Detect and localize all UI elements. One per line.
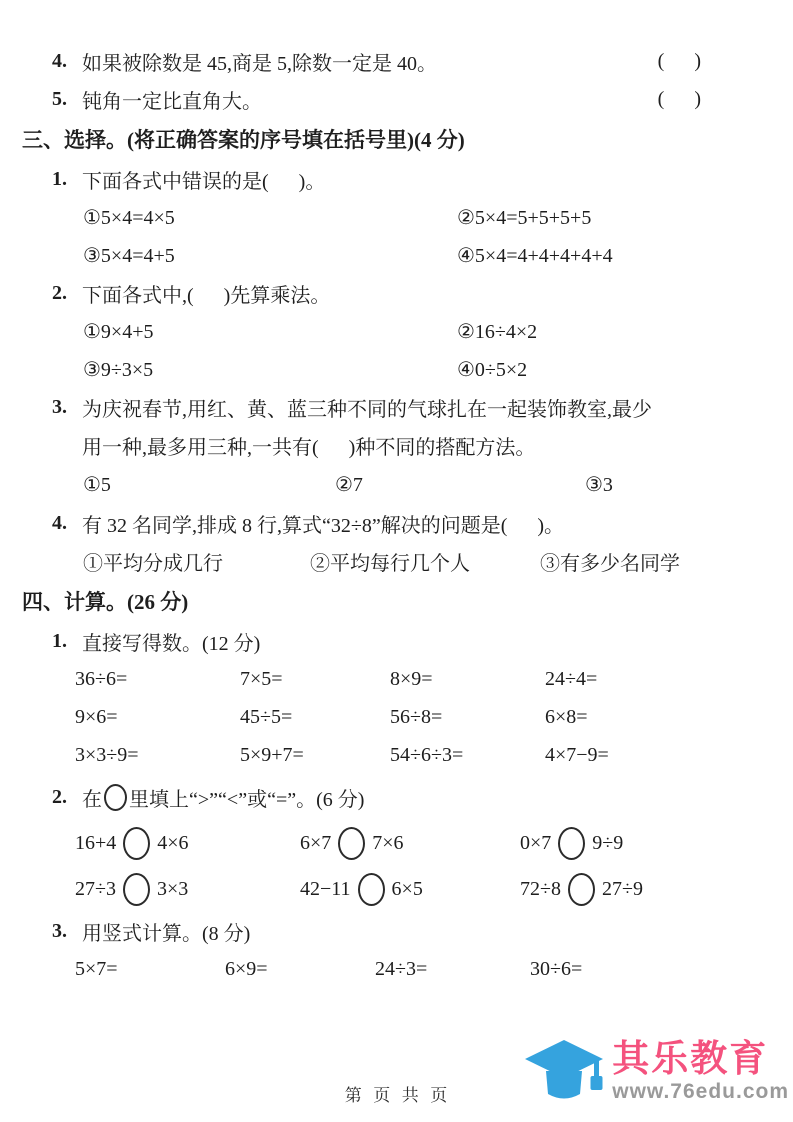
blank-circle-icon	[104, 784, 127, 811]
answer-bracket: ( )	[658, 88, 701, 111]
judge-text: 如果被除数是 45,商是 5,除数一定是 40。	[82, 47, 437, 76]
question-text: 用竖式计算。(8 分)	[82, 917, 250, 946]
options-grid: ①5 ②7 ③3	[83, 464, 793, 504]
question-text: 下面各式中,( )先算乘法。	[82, 279, 330, 308]
question-number: 4.	[52, 512, 82, 535]
calc-expression: 54÷6÷3=	[390, 744, 545, 767]
calc-expression: 36÷6=	[75, 668, 240, 691]
question-number: 4.	[52, 50, 82, 73]
question-row: 4. 有 32 名同学,排成 8 行,算式“32÷8”解决的问题是( )。	[52, 504, 793, 542]
option-item: ④5×4=4+4+4+4+4	[457, 243, 793, 268]
question-number: 3.	[52, 396, 82, 419]
question-text: 直接写得数。(12 分)	[82, 627, 260, 656]
blank-circle-icon	[123, 827, 150, 860]
compare-item: 16+44×6	[75, 827, 300, 860]
question-text-line1: 为庆祝春节,用红、黄、蓝三种不同的气球扎在一起装饰教室,最少	[82, 393, 652, 422]
compare-left: 27÷3	[75, 878, 116, 901]
blank-circle-icon	[568, 873, 595, 906]
calc-expression: 45÷5=	[240, 706, 390, 729]
option-item: ①5×4=4×5	[83, 205, 457, 230]
question-number: 3.	[52, 920, 82, 943]
blank-circle-icon	[358, 873, 385, 906]
calc-expression: 9×6=	[75, 706, 240, 729]
judge-item: 4. 如果被除数是 45,商是 5,除数一定是 40。 ( )	[52, 42, 701, 80]
graduation-cap-icon	[520, 1033, 608, 1110]
option-item: ③3	[585, 472, 793, 497]
option-item: ③9÷3×5	[83, 357, 457, 382]
brand-website: www.76edu.com	[612, 1080, 789, 1104]
option-item: ②5×4=5+5+5+5	[457, 205, 793, 230]
question-number: 2.	[52, 282, 82, 305]
section-heading-choice: 三、选择。(将正确答案的序号填在括号里)(4 分)	[22, 118, 793, 160]
compare-right: 6×5	[392, 878, 423, 901]
option-item: ②16÷4×2	[457, 319, 793, 344]
calc-expression: 24÷3=	[375, 958, 530, 981]
compare-grid: 16+44×6 6×77×6 0×79÷9 27÷33×3 42−116×5 7…	[75, 820, 793, 912]
compare-right: 4×6	[157, 832, 188, 855]
calc-expression: 30÷6=	[530, 958, 793, 981]
compare-right: 7×6	[372, 832, 403, 855]
compare-item: 42−116×5	[300, 873, 520, 906]
compare-left: 6×7	[300, 832, 331, 855]
brand-text-block: 其乐教育 www.76edu.com	[612, 1040, 789, 1104]
compare-left: 16+4	[75, 832, 116, 855]
worksheet-content: 4. 如果被除数是 45,商是 5,除数一定是 40。 ( ) 5. 钝角一定比…	[0, 0, 793, 988]
option-item: ④0÷5×2	[457, 357, 793, 382]
question-text-post: 里填上“>”“<”或“=”。(6 分)	[129, 783, 364, 812]
calc-expression: 8×9=	[390, 668, 545, 691]
question-row: 3. 为庆祝春节,用红、黄、蓝三种不同的气球扎在一起装饰教室,最少	[52, 388, 793, 426]
question-number: 1.	[52, 630, 82, 653]
question-text: 有 32 名同学,排成 8 行,算式“32÷8”解决的问题是( )。	[82, 509, 564, 538]
option-item: ①9×4+5	[83, 319, 457, 344]
question-row: 2. 下面各式中,( )先算乘法。	[52, 274, 793, 312]
option-item: ①平均分成几行	[83, 547, 310, 576]
calc-expression: 5×7=	[75, 958, 225, 981]
options-grid: ①9×4+5 ②16÷4×2 ③9÷3×5 ④0÷5×2	[83, 312, 793, 388]
question-row: 1. 下面各式中错误的是( )。	[52, 160, 793, 198]
compare-right: 9÷9	[592, 832, 623, 855]
brand-name: 其乐教育	[612, 1040, 789, 1077]
question-text: 用一种,最多用三种,一共有( )种不同的搭配方法。	[82, 431, 535, 460]
compare-item: 72÷827÷9	[520, 873, 793, 906]
question-number: 1.	[52, 168, 82, 191]
brand-logo: 其乐教育 www.76edu.com	[520, 1033, 789, 1110]
calc-expression: 24÷4=	[545, 668, 793, 691]
question-number: 2.	[52, 786, 82, 809]
options-grid: ①5×4=4×5 ②5×4=5+5+5+5 ③5×4=4+5 ④5×4=4+4+…	[83, 198, 793, 274]
options-grid: ①平均分成几行 ②平均每行几个人 ③有多少名同学	[83, 542, 793, 580]
judge-item: 5. 钝角一定比直角大。 ( )	[52, 80, 701, 118]
compare-item: 27÷33×3	[75, 873, 300, 906]
answer-bracket: ( )	[658, 50, 701, 73]
calc-expression: 4×7−9=	[545, 744, 793, 767]
compare-item: 0×79÷9	[520, 827, 793, 860]
question-row: 2. 在里填上“>”“<”或“=”。(6 分)	[52, 774, 793, 820]
compare-right: 27÷9	[602, 878, 643, 901]
calc-expression: 56÷8=	[390, 706, 545, 729]
vertical-calc-grid: 5×7= 6×9= 24÷3= 30÷6=	[75, 950, 793, 988]
judge-text: 钝角一定比直角大。	[82, 85, 262, 114]
blank-circle-icon	[123, 873, 150, 906]
calc-expression: 6×9=	[225, 958, 375, 981]
question-text-line2: 用一种,最多用三种,一共有( )种不同的搭配方法。	[82, 426, 793, 464]
question-text-pre: 在	[82, 783, 102, 812]
compare-left: 42−11	[300, 878, 351, 901]
calc-expression: 6×8=	[545, 706, 793, 729]
calc-expression: 7×5=	[240, 668, 390, 691]
question-text: 下面各式中错误的是( )。	[82, 165, 325, 194]
option-item: ②平均每行几个人	[310, 547, 540, 576]
worksheet-page: 4. 如果被除数是 45,商是 5,除数一定是 40。 ( ) 5. 钝角一定比…	[0, 0, 793, 1122]
question-row: 1. 直接写得数。(12 分)	[52, 622, 793, 660]
compare-left: 72÷8	[520, 878, 561, 901]
blank-circle-icon	[558, 827, 585, 860]
section-heading-calculation: 四、计算。(26 分)	[22, 580, 793, 622]
question-number: 5.	[52, 88, 82, 111]
question-row: 3. 用竖式计算。(8 分)	[52, 912, 793, 950]
option-item: ②7	[335, 472, 585, 497]
compare-right: 3×3	[157, 878, 188, 901]
option-item: ③5×4=4+5	[83, 243, 457, 268]
compare-item: 6×77×6	[300, 827, 520, 860]
mental-math-grid: 36÷6= 7×5= 8×9= 24÷4= 9×6= 45÷5= 56÷8= 6…	[75, 660, 793, 774]
blank-circle-icon	[338, 827, 365, 860]
calc-expression: 3×3÷9=	[75, 744, 240, 767]
calc-expression: 5×9+7=	[240, 744, 390, 767]
compare-left: 0×7	[520, 832, 551, 855]
option-item: ③有多少名同学	[540, 547, 793, 576]
option-item: ①5	[83, 472, 335, 497]
